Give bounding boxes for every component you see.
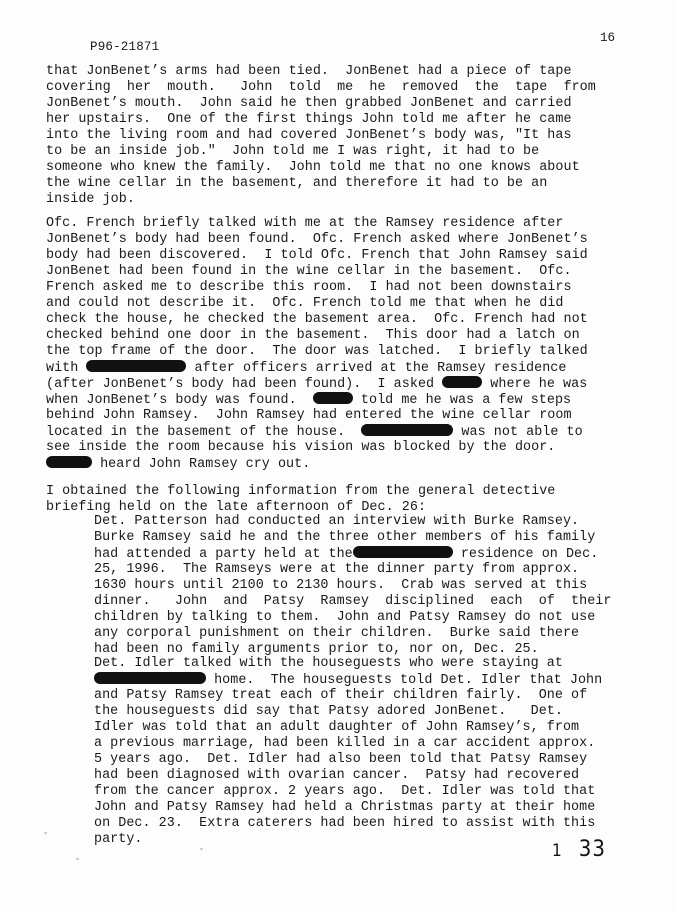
stamp-number: 33 [579,837,606,862]
stamp-prefix: 1 [552,841,563,861]
text-line: I obtained the following information fro… [46,484,555,500]
text-line: Burke Ramsey said he and the three other… [94,530,595,546]
text-line: Det. Idler talked with the houseguests w… [94,656,563,672]
text-line: that JonBenet’s arms had been tied. JonB… [46,64,572,80]
text-line: the houseguests did say that Patsy adore… [94,704,563,720]
text-segment: told me he was a few steps [353,393,571,408]
text-line: John and Patsy Ramsey had held a Christm… [94,800,595,816]
text-segment: where he was [482,377,587,392]
text-line: French asked me to describe this room. I… [46,280,572,296]
text-line: children by talking to them. John and Pa… [94,610,595,626]
redaction-bar [313,392,353,404]
redaction-bar [442,376,482,388]
redaction-bar [353,546,453,558]
document-page: P96-21871 16 that JonBenet’s arms had be… [0,0,676,912]
text-line: covering her mouth. John told me he remo… [46,80,596,96]
redaction-bar [86,360,186,372]
text-line: Idler was told that an adult daughter of… [94,720,579,736]
text-line: behind John Ramsey. John Ramsey had ente… [46,408,572,424]
text-segment: after officers arrived at the Ramsey res… [186,361,566,376]
text-line: 1630 hours until 2100 to 2130 hours. Cra… [94,578,587,594]
redaction-bar [361,424,453,436]
text-segment: had attended a party held at the [94,547,353,562]
text-line: into the living room and had covered Jon… [46,128,572,144]
text-segment: located in the basement of the house. [46,425,361,440]
case-number: P96-21871 [90,40,159,54]
text-line: Det. Patterson had conducted an intervie… [94,514,579,530]
text-segment: when JonBenet’s body was found. [46,393,313,408]
scan-speck [44,832,47,834]
text-line: see inside the room because his vision w… [46,440,555,456]
text-line: and Patsy Ramsey treat each of their chi… [94,688,587,704]
text-line: JonBenet’s body had been found. Ofc. Fre… [46,232,588,248]
text-line: her upstairs. One of the first things Jo… [46,112,572,128]
text-segment: with [46,361,86,376]
text-line: a previous marriage, had been killed in … [94,736,595,752]
text-line: any corporal punishment on their childre… [94,626,579,642]
text-line: 25, 1996. The Ramseys were at the dinner… [94,562,579,578]
text-line: home. The houseguests told Det. Idler th… [94,672,602,689]
text-line: Ofc. French briefly talked with me at th… [46,216,563,232]
text-line: JonBenet had been found in the wine cell… [46,264,572,280]
redaction-bar [46,456,92,468]
scan-speck [76,858,79,860]
text-line: check the house, he checked the basement… [46,312,588,328]
scan-speck [200,848,203,850]
text-line: the top frame of the door. The door was … [46,344,588,360]
text-segment: (after JonBenet’s body had been found). … [46,377,442,392]
text-line: JonBenet’s mouth. John said he then grab… [46,96,572,112]
text-segment: heard John Ramsey cry out. [92,457,310,472]
text-line: party. [94,832,143,848]
text-line: to be an inside job." John told me I was… [46,144,539,160]
text-line: dinner. John and Patsy Ramsey discipline… [94,594,611,610]
text-line: heard John Ramsey cry out. [46,456,310,473]
text-segment: was not able to [453,425,582,440]
page-number: 16 [600,31,615,45]
text-line: someone who knew the family. John told m… [46,160,580,176]
text-line: located in the basement of the house. wa… [46,424,583,441]
bates-stamp: 133 [552,837,606,862]
text-line: (after JonBenet’s body had been found). … [46,376,587,393]
text-line: with after officers arrived at the Ramse… [46,360,566,377]
text-line: inside job. [46,192,135,208]
text-segment: home. The houseguests told Det. Idler th… [206,673,602,688]
text-segment: residence on Dec. [453,547,599,562]
text-line: had attended a party held at the residen… [94,546,598,563]
text-line: the wine cellar in the basement, and the… [46,176,547,192]
text-line: 5 years ago. Det. Idler had also been to… [94,752,587,768]
redaction-bar [94,672,206,684]
text-line: when JonBenet’s body was found. told me … [46,392,571,409]
text-line: had been diagnosed with ovarian cancer. … [94,768,579,784]
text-line: from the cancer approx. 2 years ago. Det… [94,784,595,800]
text-line: checked behind one door in the basement.… [46,328,580,344]
text-line: and could not describe it. Ofc. French t… [46,296,563,312]
text-line: body had been discovered. I told Ofc. Fr… [46,248,588,264]
text-line: on Dec. 23. Extra caterers had been hire… [94,816,595,832]
